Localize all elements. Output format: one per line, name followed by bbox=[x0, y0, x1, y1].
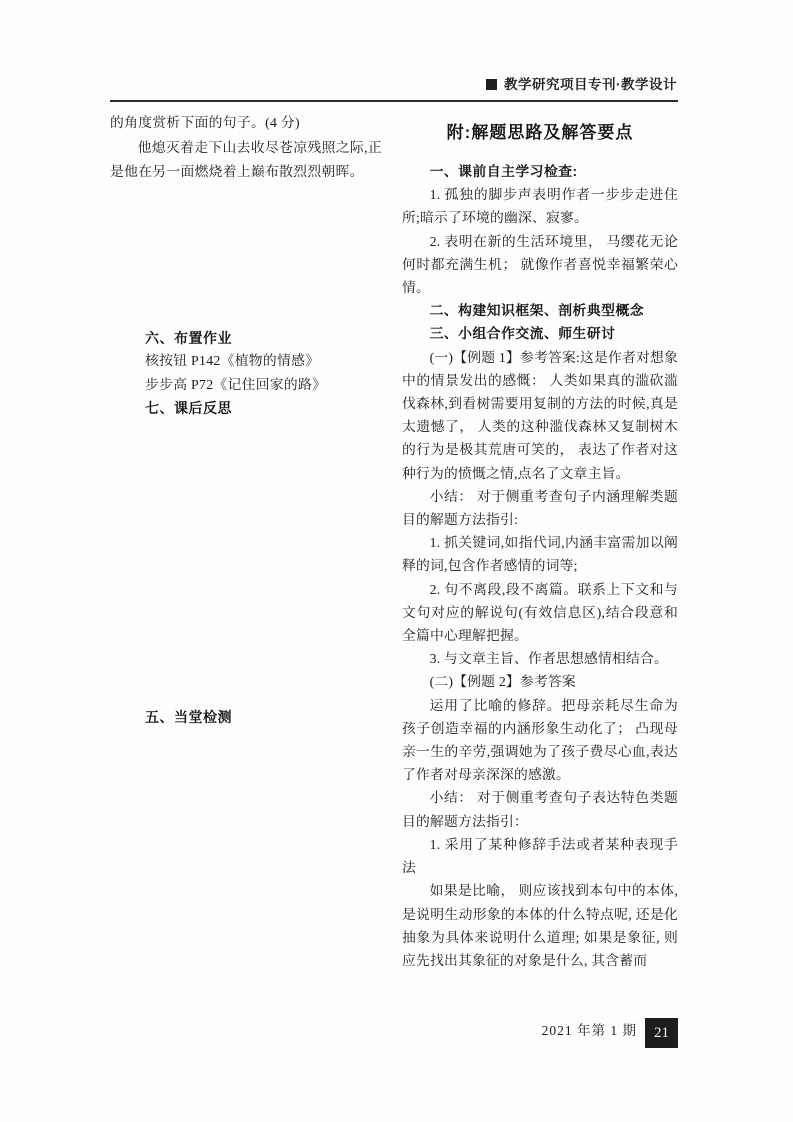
answer-paragraph: 1. 孤独的脚步声表明作者一步步走进住所;暗示了环境的幽深、寂寥。 bbox=[402, 183, 678, 229]
header-journal-label: 教学研究项目专刊·教学设计 bbox=[486, 73, 677, 93]
answer-paragraph: (一)【例题 1】参考答案:这是作者对想象中的情景发出的感慨： 人类如果真的滥砍… bbox=[402, 346, 678, 485]
left-quoted-sentence: 他熄灭着走下山去收尽苍凉残照之际,正是他在另一面燃烧着上巅布散烈烈朝晖。 bbox=[110, 136, 382, 184]
answer-paragraph: (二)【例题 2】参考答案 bbox=[402, 670, 678, 693]
section-heading-assignment: 六、布置作业 bbox=[145, 327, 232, 349]
assignment-item: 核按钮 P142《植物的情感》 bbox=[145, 349, 319, 373]
answer-paragraph: 小结： 对于侧重考查句子表达特色类题目的解题方法指引： bbox=[402, 786, 678, 832]
answer-paragraph: 如果是比喻， 则应该找到本句中的本体,是说明生动形象的本体的什么特点呢, 还是化… bbox=[402, 879, 678, 972]
black-square-icon bbox=[486, 79, 497, 90]
answer-paragraph: 2. 句不离段,段不离篇。联系上下文和与文句对应的解说句(有效信息区),结合段意… bbox=[402, 578, 678, 648]
assignment-item: 步步高 P72《记住回家的路》 bbox=[145, 373, 326, 397]
answer-paragraph: 3. 与文章主旨、作者思想感情相结合。 bbox=[402, 647, 678, 670]
section-heading-quiz: 五、当堂检测 bbox=[145, 706, 232, 728]
appendix-title: 附:解题思路及解答要点 bbox=[402, 118, 678, 143]
section-heading: 一、课前自主学习检查: bbox=[402, 160, 678, 183]
section-heading-reflection: 七、课后反思 bbox=[145, 397, 232, 419]
section-heading: 三、小组合作交流、师生研讨 bbox=[402, 322, 678, 345]
header-divider-line bbox=[110, 100, 678, 102]
appendix-body: 一、课前自主学习检查: 1. 孤独的脚步声表明作者一步步走进住所;暗示了环境的幽… bbox=[402, 160, 678, 972]
answer-paragraph: 1. 采用了某种修辞手法或者某种表现手法 bbox=[402, 833, 678, 879]
magazine-page: 教学研究项目专刊·教学设计 的角度赏析下面的句子。(4 分) 他熄灭着走下山去收… bbox=[0, 0, 793, 1122]
page-number-badge: 21 bbox=[645, 1018, 678, 1048]
answer-paragraph: 1. 抓关键词,如指代词,内涵丰富需加以阐释的词,包含作者感情的词等; bbox=[402, 531, 678, 577]
section-heading: 二、构建知识框架、剖析典型概念 bbox=[402, 299, 678, 322]
footer-issue-label: 2021 年第 1 期 bbox=[402, 1022, 637, 1039]
answer-paragraph: 运用了比喻的修辞。把母亲耗尽生命为孩子创造幸福的内涵形象生动化了； 凸现母亲一生… bbox=[402, 694, 678, 787]
journal-title-text: 教学研究项目专刊·教学设计 bbox=[504, 77, 677, 92]
answer-paragraph: 小结： 对于侧重考查句子内涵理解类题目的解题方法指引: bbox=[402, 485, 678, 531]
answer-paragraph: 2. 表明在新的生活环境里， 马缨花无论何时都充满生机； 就像作者喜悦幸福繁荣心… bbox=[402, 230, 678, 300]
left-carryover-line: 的角度赏析下面的句子。(4 分) bbox=[110, 111, 382, 135]
